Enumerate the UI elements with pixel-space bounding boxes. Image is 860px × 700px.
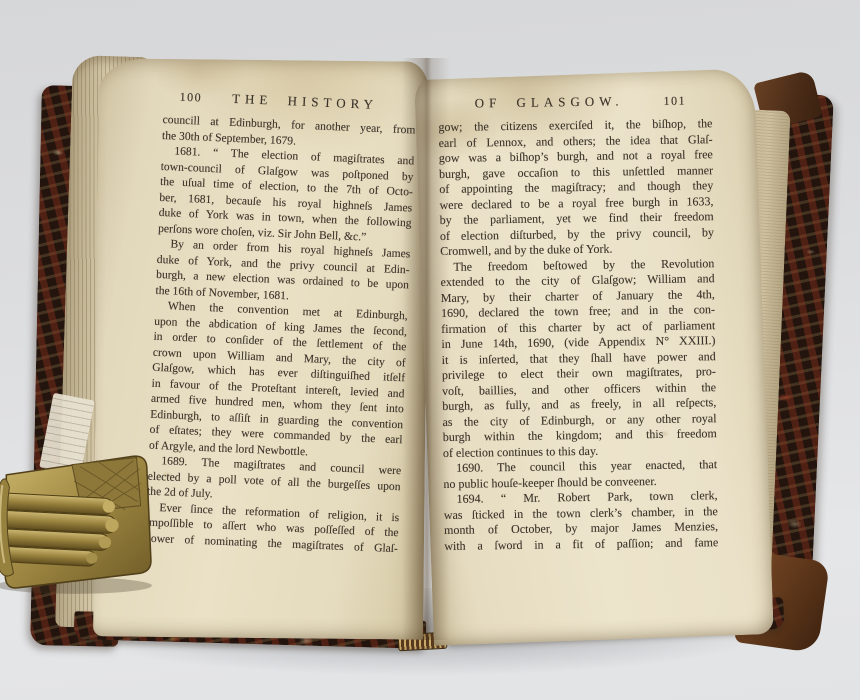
book-photo: 100 THE HISTORY councill at Edinburgh, f…	[0, 0, 860, 700]
left-page-text: 100 THE HISTORY councill at Edinburgh, f…	[145, 88, 417, 556]
right-page-text: OF GLASGOW. 101 gow; the citizens exerci…	[438, 92, 718, 554]
brass-hand-clip	[0, 442, 156, 596]
right-page-header: OF GLASGOW. 101	[438, 92, 712, 115]
left-page-body: councill at Edinburgh, for another year,…	[145, 112, 416, 556]
running-title-right: OF GLASGOW.	[412, 93, 686, 113]
right-page-number: 101	[663, 94, 686, 109]
right-page-body: gow; the citizens exerciſed it, the biſh…	[438, 116, 718, 554]
